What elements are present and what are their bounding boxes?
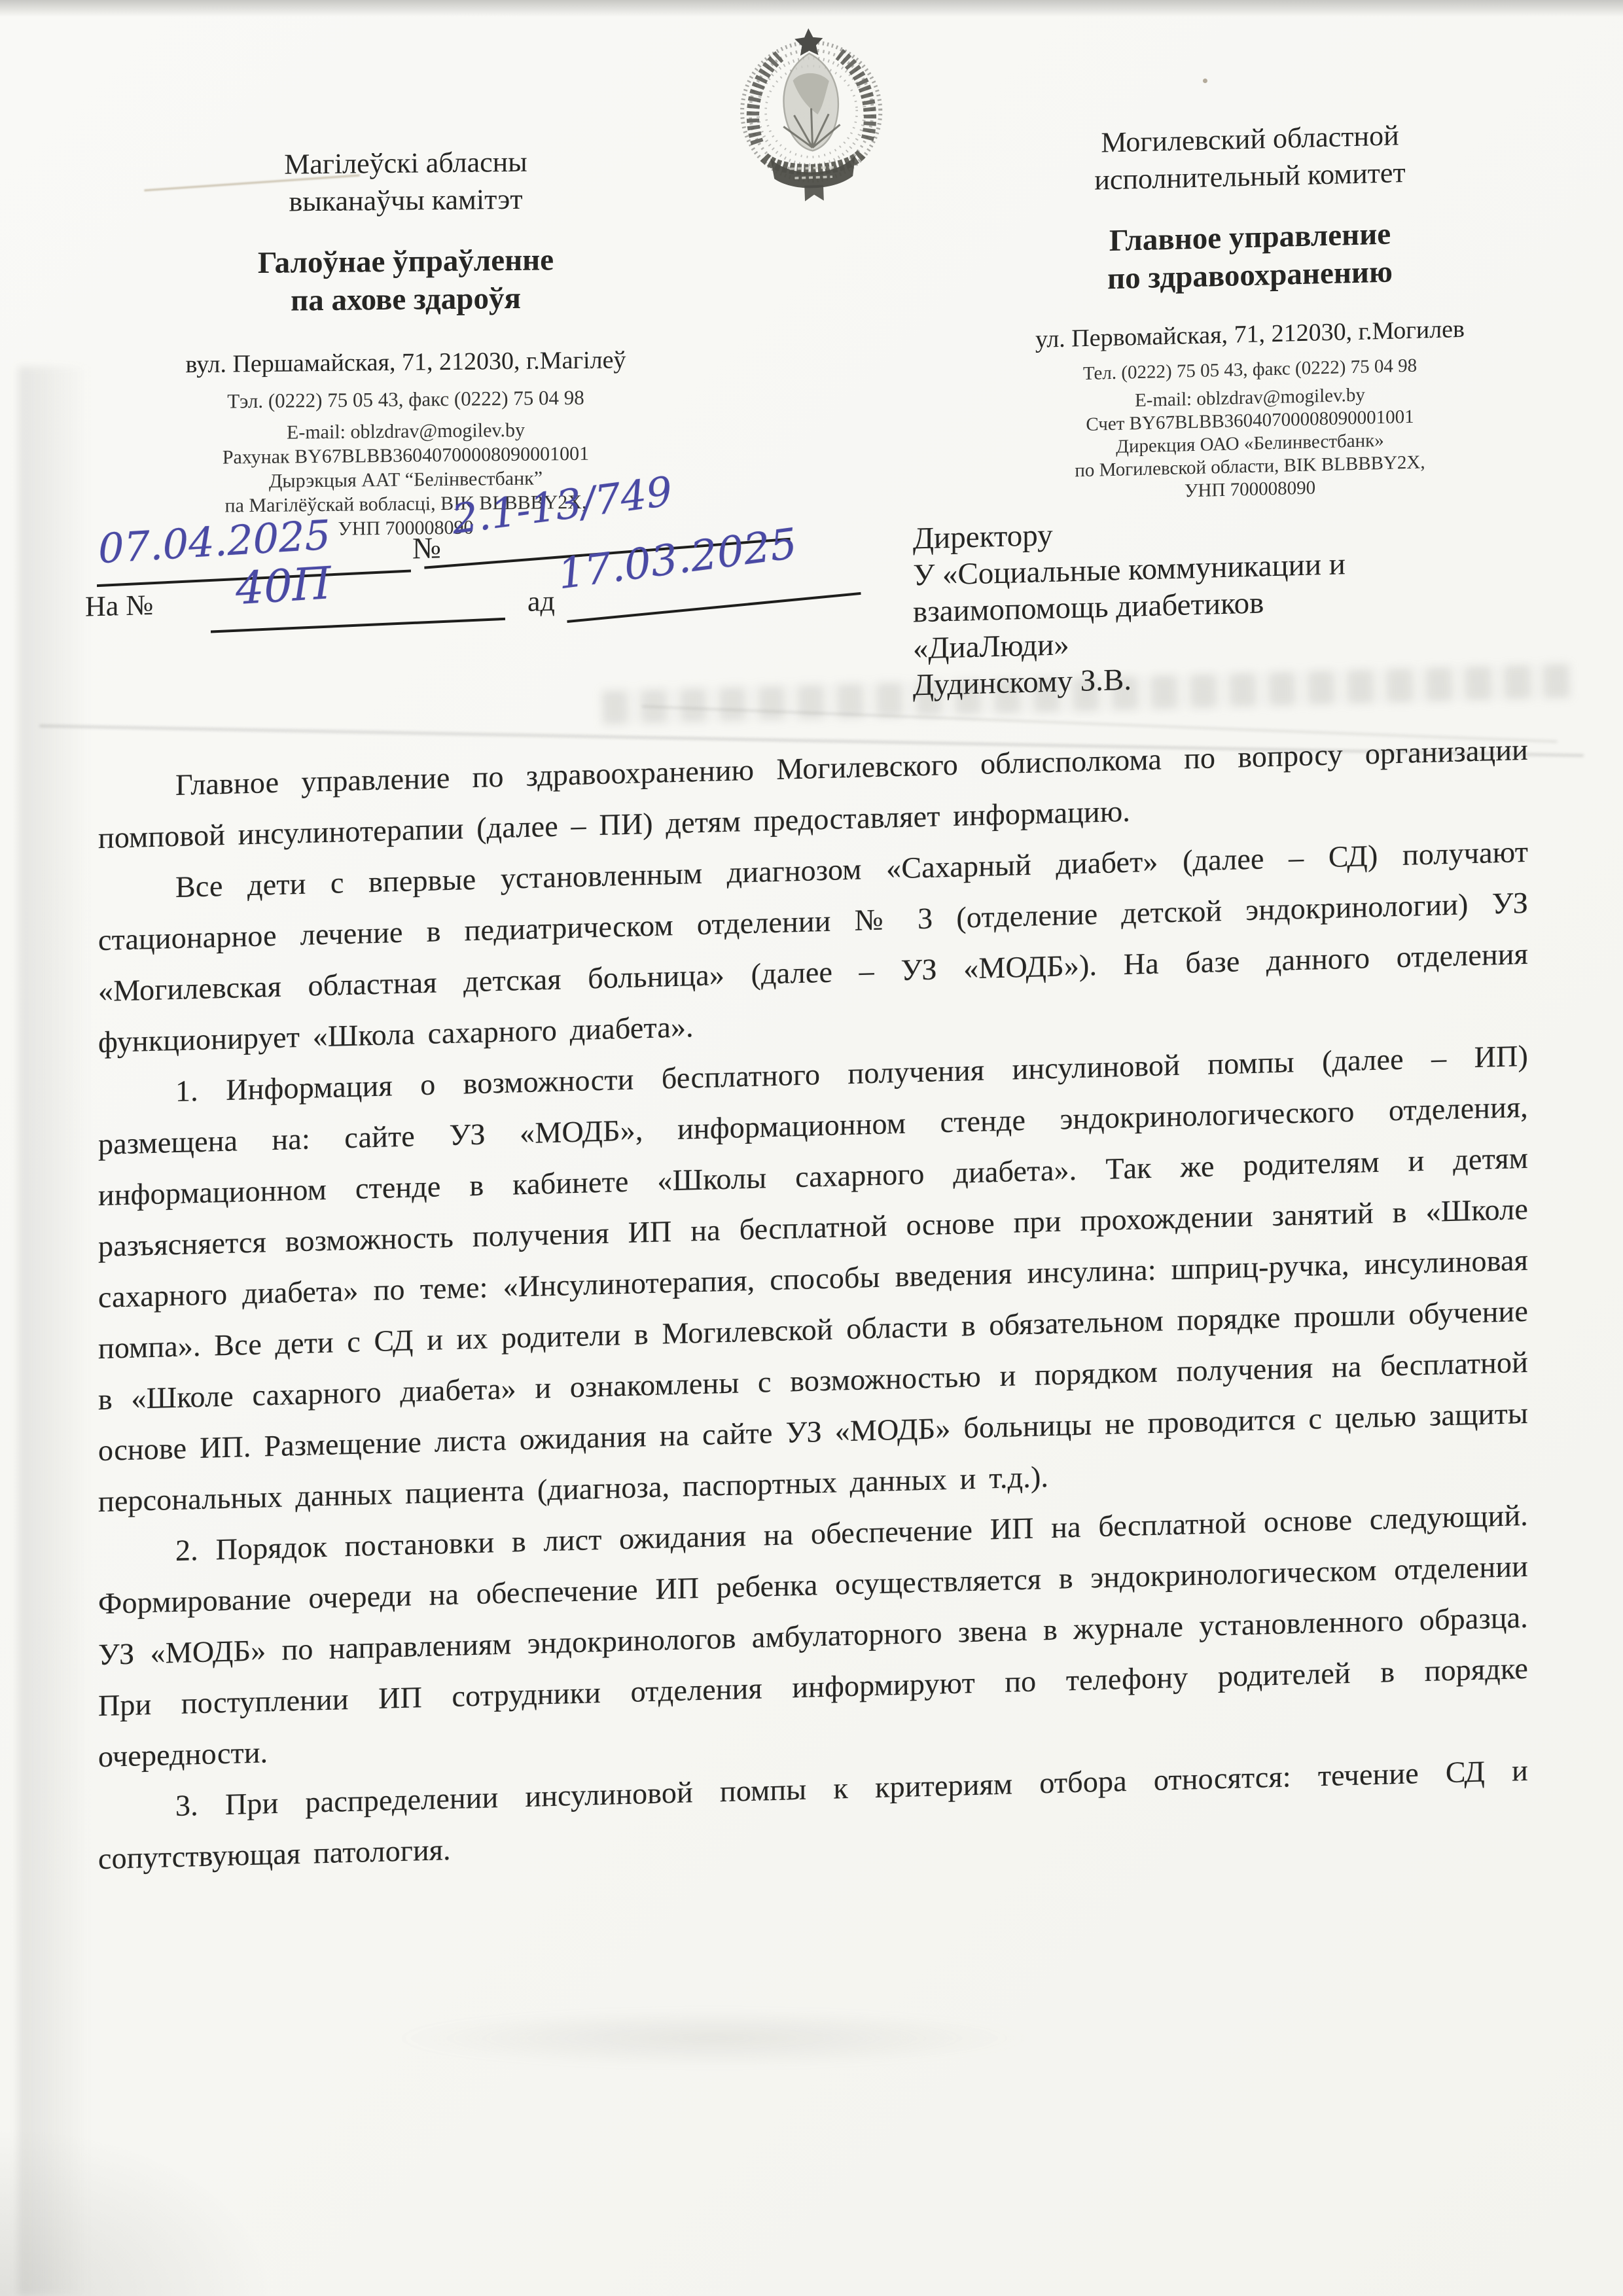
incoming-number-handwritten: 40П: [235, 557, 332, 615]
body-paragraph-4: 2. Порядок постановки в лист ожидания на…: [98, 1490, 1528, 1782]
reference-underline: [567, 592, 861, 623]
body-paragraph-2: Все дети с впервые установленным диагноз…: [98, 826, 1528, 1068]
letter-body: Главное управление по здравоохранению Мо…: [98, 724, 1528, 1884]
addressee-block: Директору У «Социальные коммуникации и в…: [913, 504, 1541, 703]
body-paragraph-3: 1. Информация о возможности бесплатного …: [98, 1031, 1528, 1527]
incoming-date-handwritten: 17.03.2025: [556, 520, 799, 599]
scanned-letter-page: Магілеўскі абласны выканаўчы камітэт Гал…: [0, 0, 1623, 2296]
ad-label: ад: [527, 584, 555, 618]
letter-content: 07.04.2025 № 2.1-13/749 На № 40П ад 17.0…: [0, 0, 1623, 2296]
reference-underline: [211, 618, 505, 633]
outgoing-number-handwritten: 2.1-13/749: [450, 467, 674, 543]
na-no-label: На №: [85, 588, 153, 624]
number-sign-label: №: [412, 530, 441, 565]
